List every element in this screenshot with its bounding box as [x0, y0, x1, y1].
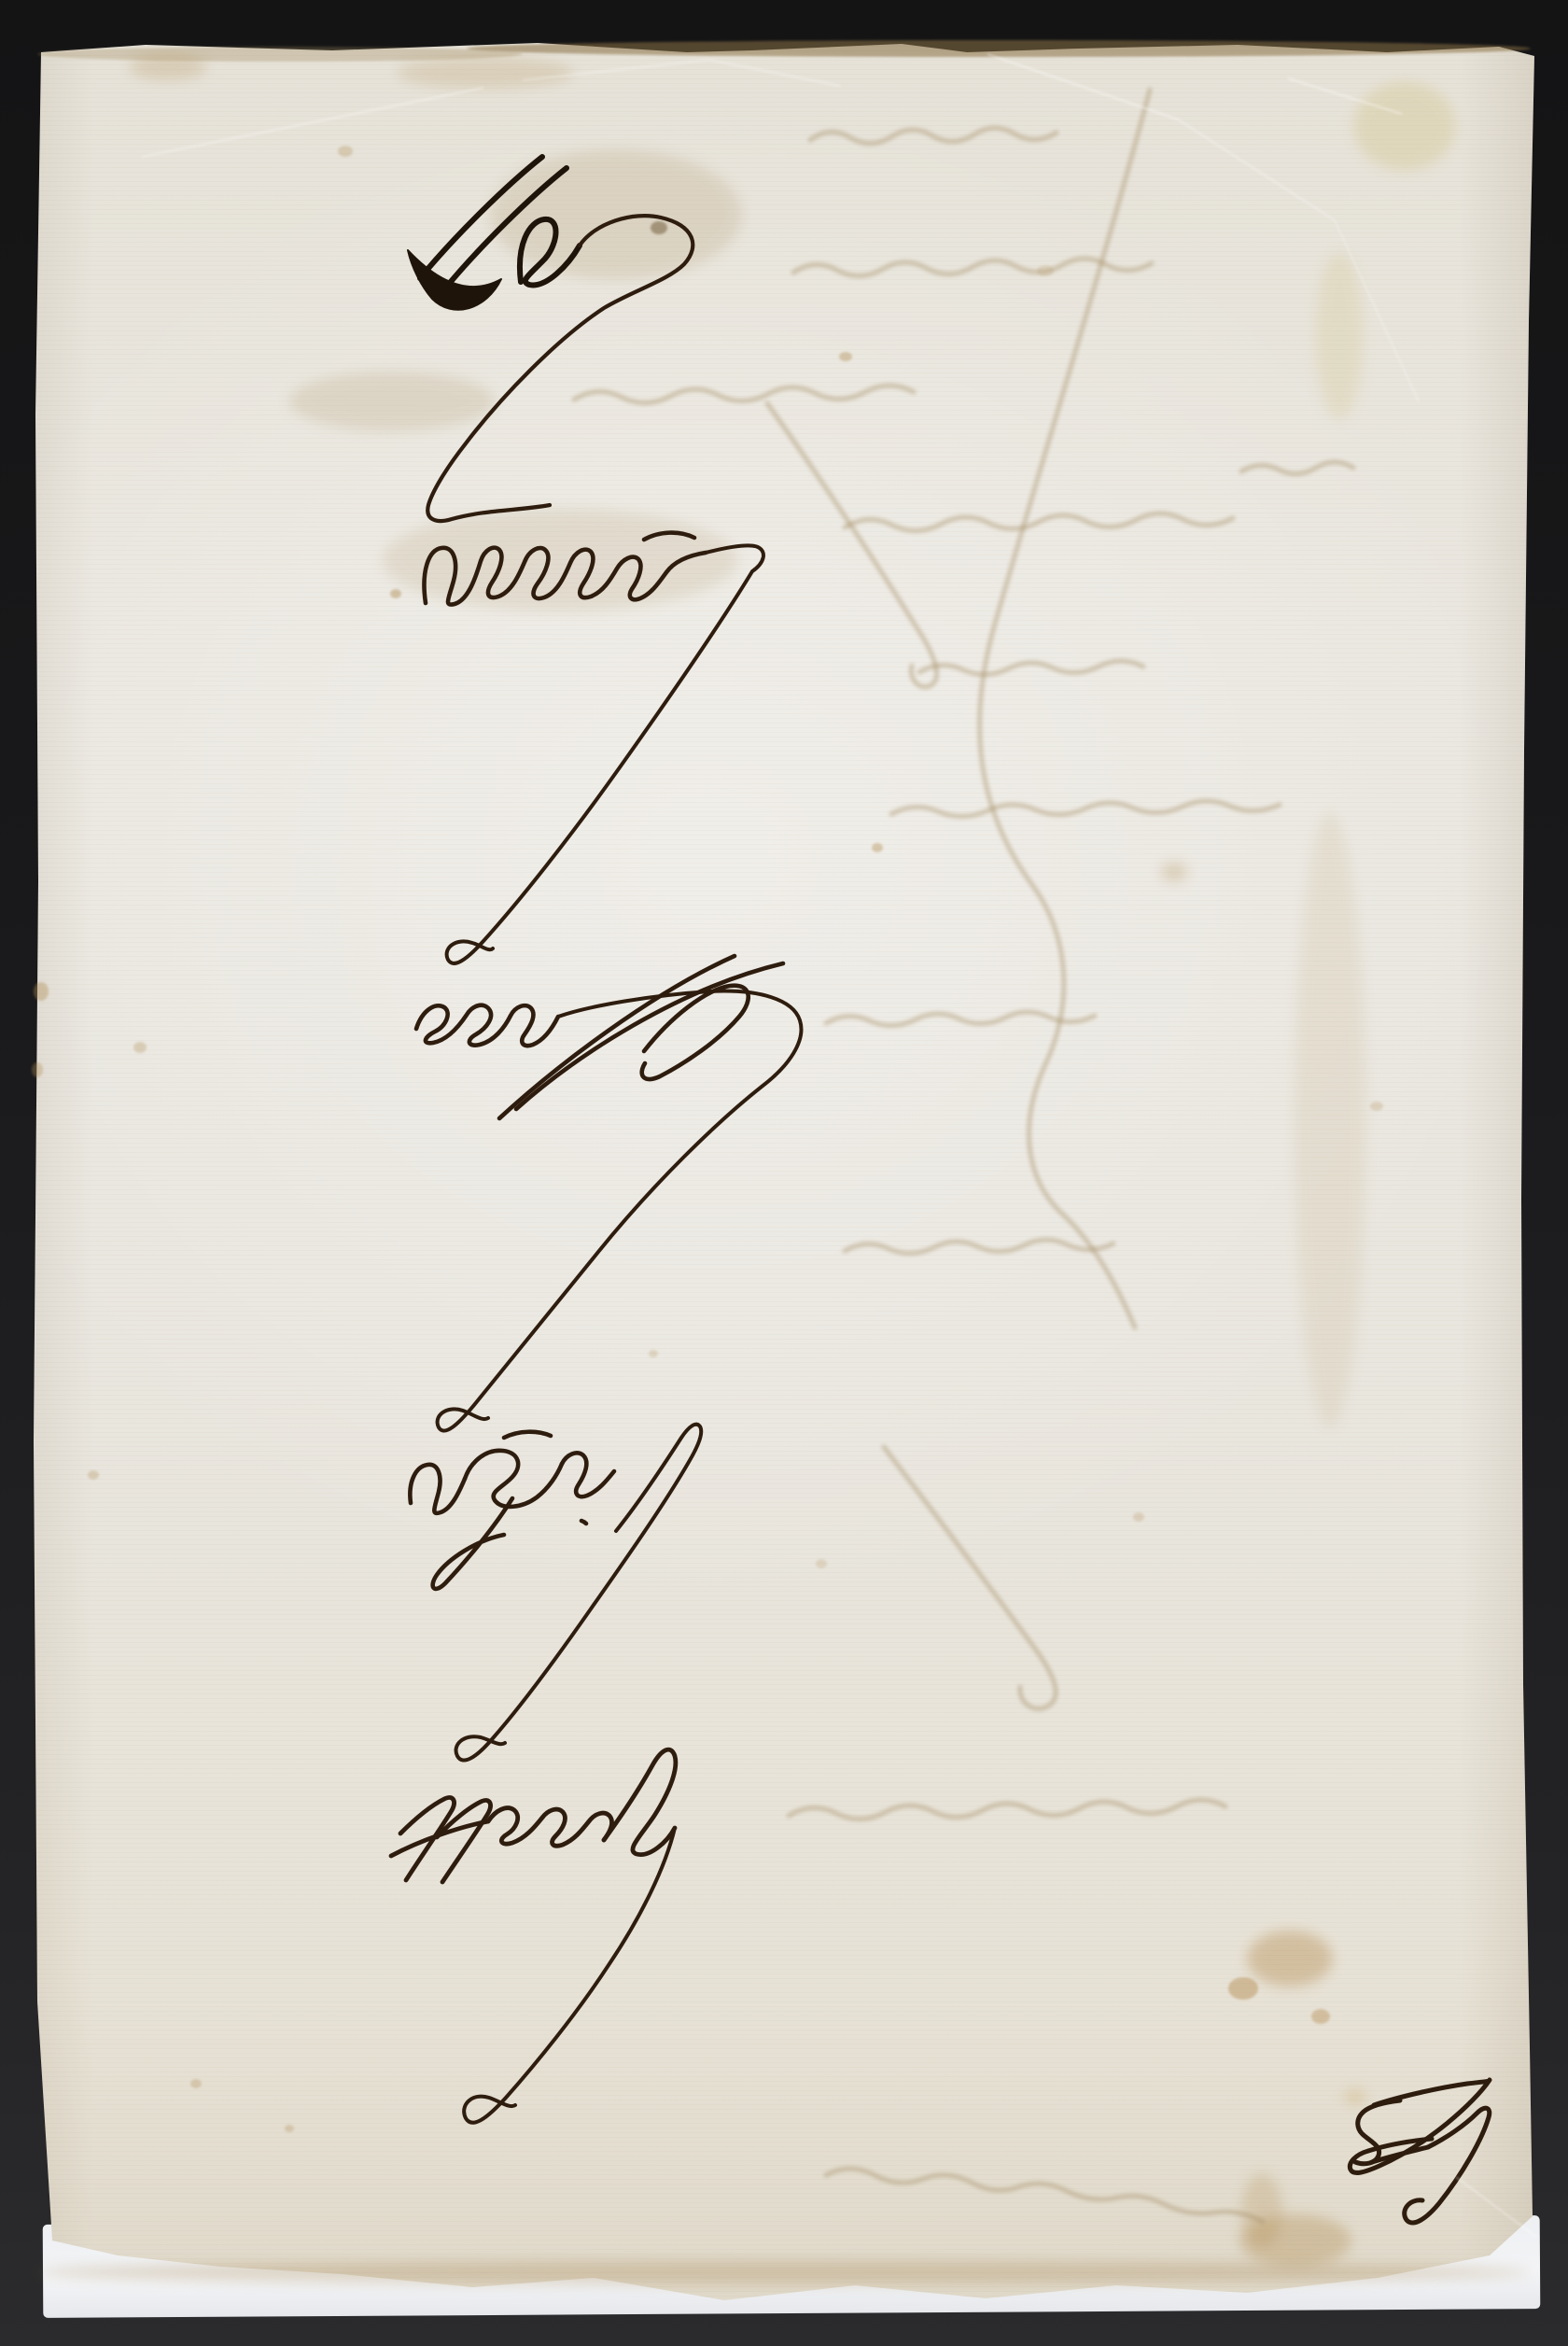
paper-stain-22 — [37, 2260, 1531, 2284]
paper-stain-3 — [129, 54, 207, 80]
paper-stain-13 — [1295, 812, 1365, 1428]
ghost-row-3 — [574, 386, 914, 403]
paper-stain-11 — [1353, 81, 1456, 171]
paper-stain-26 — [88, 1470, 99, 1480]
paper-stain-19 — [1344, 2088, 1366, 2105]
paper-stain-16 — [1247, 1931, 1333, 1987]
paper-crease-6 — [709, 60, 840, 86]
bleedthrough-layer — [574, 90, 1353, 2222]
paper-stain-33 — [1370, 1102, 1383, 1111]
rubric-3-word-stroke-1 — [416, 1005, 558, 1046]
paper-stain-27 — [190, 2079, 202, 2088]
paper-stain-12 — [1315, 252, 1364, 420]
rubric-4-word-stroke-6 — [581, 1521, 586, 1524]
ghost-tail-long — [980, 90, 1150, 1328]
ghost-row-8 — [845, 1240, 1113, 1254]
ghost-row-4-stroke-1 — [845, 513, 1233, 531]
paper-stain-17 — [1228, 1977, 1258, 2000]
rubric-5-tail — [464, 1828, 675, 2123]
rubric-3-tail — [438, 991, 802, 1431]
paper-stain-18 — [1311, 2009, 1330, 2024]
ghost-row-7 — [826, 1012, 1095, 1026]
ghost-row-5 — [919, 661, 1143, 675]
stain-layer — [32, 40, 1531, 2284]
rubric-4-word-stroke-1 — [410, 1465, 465, 1513]
paper-stain-15 — [872, 843, 883, 852]
paper-crease-2 — [1178, 119, 1335, 220]
ghost-row-10 — [826, 2169, 1263, 2222]
paper-crease-8 — [1456, 2177, 1536, 2237]
paper-stain-21 — [1241, 2173, 1282, 2248]
paper-stain-6 — [651, 221, 667, 234]
rubric-5-word-stroke-5 — [604, 1749, 676, 1854]
paper-crease-1 — [987, 54, 1178, 119]
paper-stain-23 — [34, 982, 49, 1001]
rubric-4-tail — [456, 1425, 702, 1761]
paper-stain-30 — [649, 1350, 658, 1357]
ghost-tail-mid — [884, 1447, 1056, 1708]
paper-stain-29 — [338, 146, 353, 157]
paper-stain-4 — [397, 57, 574, 89]
paper-stain-14 — [1161, 863, 1187, 881]
ghost-row-9 — [789, 1800, 1225, 1819]
paper-stain-7 — [289, 372, 495, 431]
paper-stain-1 — [467, 40, 1531, 57]
scan-backdrop — [0, 0, 1568, 2346]
ghost-row-1 — [810, 128, 1057, 144]
rubric-4-word-stroke-4 — [504, 1432, 551, 1438]
paper-stain-10 — [839, 352, 852, 361]
paper-stain-28 — [285, 2125, 294, 2132]
ghost-tail-upper — [767, 403, 937, 687]
paper-stain-31 — [816, 1559, 827, 1568]
ghost-row-6 — [891, 801, 1280, 817]
ghost-row-4-stroke-2 — [1241, 462, 1353, 474]
paper-crease-4 — [142, 88, 483, 157]
paper-stain-25 — [133, 1042, 147, 1053]
rubric-5-word-stroke-2 — [437, 1800, 491, 1882]
rubric-4-word-stroke-5 — [562, 1453, 614, 1496]
rubric-5-word-stroke-4 — [488, 1808, 611, 1847]
paper-stain-32 — [1133, 1512, 1144, 1522]
paper-stain-24 — [32, 1062, 43, 1077]
paper-stain-9 — [390, 589, 401, 598]
ink-and-stain-overlay — [0, 0, 1568, 2346]
